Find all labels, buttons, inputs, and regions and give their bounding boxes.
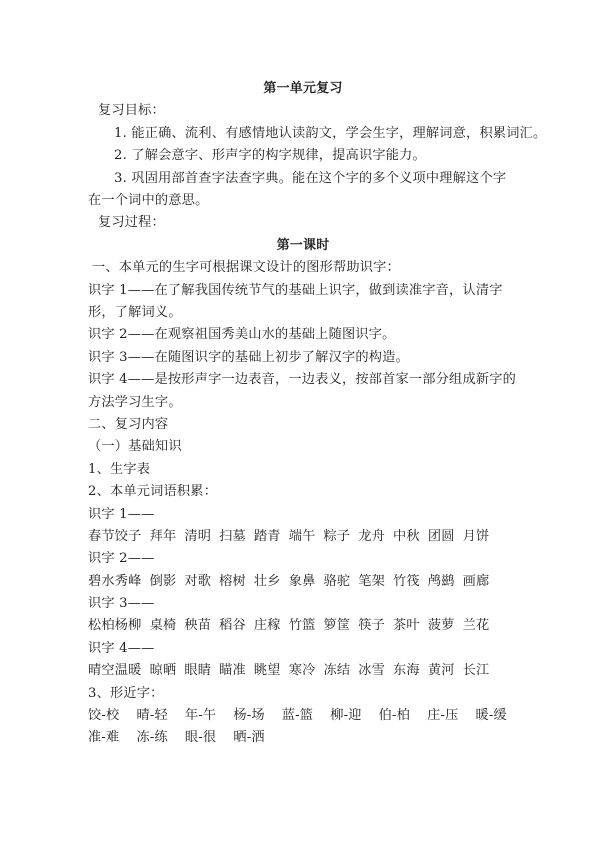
goal-item: 3. 巩固用部首查字法查字典。能在这个字的多个义项中理解这个字在一个词中的意思。 (88, 168, 518, 213)
subsection-heading: （一）基础知识 (88, 436, 518, 458)
similar-chars-row: 准-难冻-练眼-很晒-洒 (88, 727, 518, 749)
section1-heading: 一、本单元的生字可根据课文设计的图形帮助识字： (88, 257, 518, 279)
word-group-label: 识字 2—— (88, 548, 518, 570)
word-group-label: 识字 4—— (88, 638, 518, 660)
section2-heading: 二、复习内容 (88, 414, 518, 436)
item-heading: 2、本单元词语积累： (88, 481, 518, 503)
word-list: 春节饺子拜年清明扫墓踏青端午粽子龙舟中秋团圆月饼 (88, 526, 518, 548)
word-list: 碧水秀峰倒影对歌榕树壮乡象鼻骆驼笔架竹筏鸬鹚画廊 (88, 571, 518, 593)
item-heading: 1、生字表 (88, 459, 518, 481)
lesson-title: 第一课时 (88, 235, 518, 257)
shizi-desc: 识字 3——在随图识字的基础上初步了解汉字的构造。 (88, 347, 518, 369)
shizi-desc: 识字 4——是按形声字一边表音，一边表义，按部首家一部分组成新字的方法学习生字。 (88, 369, 518, 414)
shizi-desc: 识字 1——在了解我国传统节气的基础上识字，做到读准字音，认清字形，了解词义。 (88, 280, 518, 325)
word-list: 晴空温暖晾晒眼睛瞄准眺望寒冷冻结冰雪东海黄河长江 (88, 660, 518, 682)
document-title: 第一单元复习 (88, 78, 518, 100)
goal-item: 2. 了解会意字、形声字的构字规律，提高识字能力。 (88, 145, 518, 167)
word-group-label: 识字 3—— (88, 593, 518, 615)
shizi-desc: 识字 2——在观察祖国秀美山水的基础上随图识字。 (88, 324, 518, 346)
document-page: 第一单元复习 复习目标： 1. 能正确、流利、有感情地认读韵文，学会生字，理解词… (88, 78, 518, 750)
goal-item: 1. 能正确、流利、有感情地认读韵文，学会生字，理解词意，积累词汇。 (88, 123, 518, 145)
similar-chars-row: 饺-校晴-轻年-午杨-场蓝-篮柳-迎伯-柏庄-压暖-缓 (88, 705, 518, 727)
goals-label: 复习目标： (88, 100, 518, 122)
word-group-label: 识字 1—— (88, 504, 518, 526)
word-list: 松柏杨柳桌椅秧苗稻谷庄稼竹篮箩筐筷子茶叶菠萝兰花 (88, 615, 518, 637)
item-heading: 3、形近字： (88, 683, 518, 705)
process-label: 复习过程： (88, 212, 518, 234)
